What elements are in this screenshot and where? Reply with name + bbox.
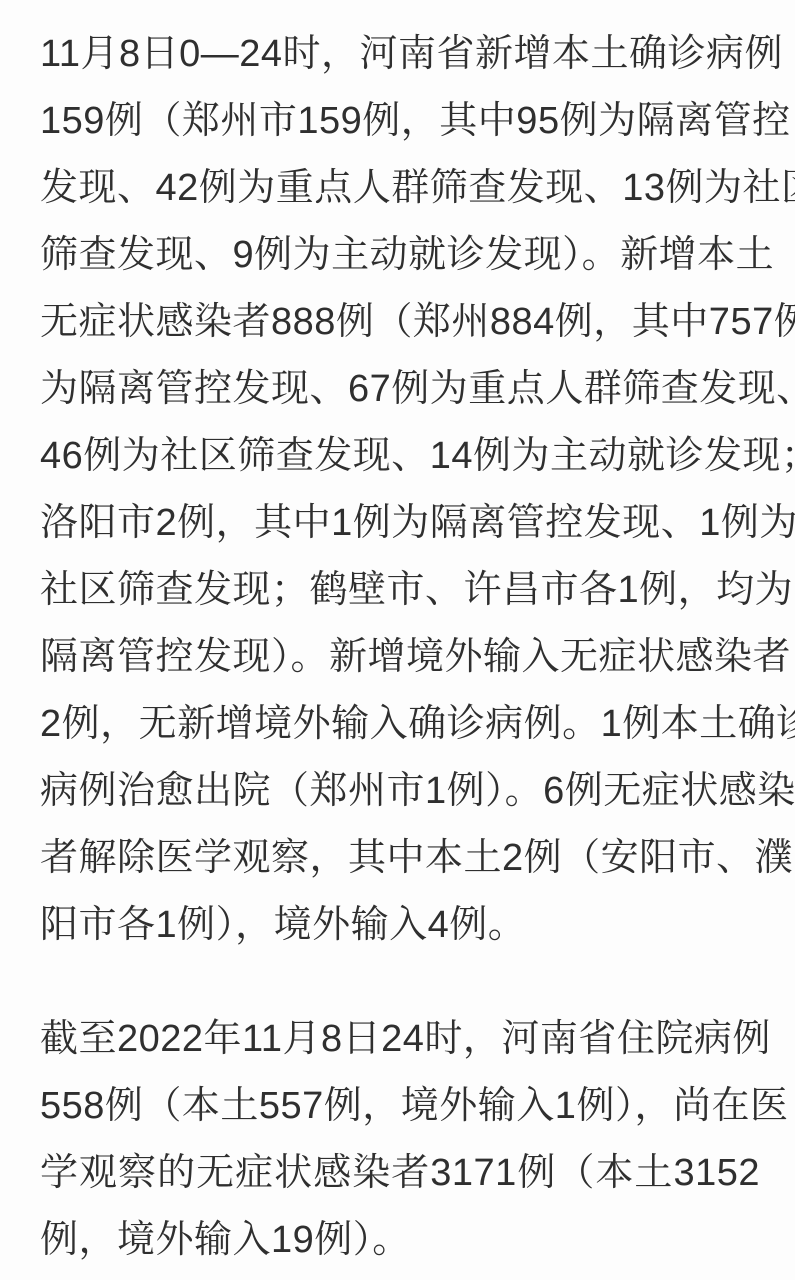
text-line: 筛查发现、9例为主动就诊发现）。新增本土	[40, 222, 760, 289]
text-line: 例，境外输入19例）。	[40, 1207, 760, 1274]
text-line: 学观察的无症状感染者3171例（本土3152	[40, 1140, 760, 1207]
text-line: 社区筛查发现；鹤壁市、许昌市各1例，均为	[40, 557, 760, 624]
text-line: 者解除医学观察，其中本土2例（安阳市、濮	[40, 825, 760, 892]
text-line: 阳市各1例），境外输入4例。	[40, 892, 760, 959]
paragraph: 截至2022年11月8日24时，河南省住院病例558例（本土557例，境外输入1…	[40, 1006, 760, 1274]
article-body: 11月8日0—24时，河南省新增本土确诊病例159例（郑州市159例，其中95例…	[0, 0, 795, 1274]
page: 11月8日0—24时，河南省新增本土确诊病例159例（郑州市159例，其中95例…	[0, 0, 795, 1280]
text-line: 洛阳市2例，其中1例为隔离管控发现、1例为	[40, 490, 760, 557]
text-line: 为隔离管控发现、67例为重点人群筛查发现、	[40, 356, 760, 423]
text-line: 159例（郑州市159例，其中95例为隔离管控	[40, 88, 760, 155]
text-line: 2例，无新增境外输入确诊病例。1例本土确诊	[40, 691, 760, 758]
text-line: 11月8日0—24时，河南省新增本土确诊病例	[40, 21, 760, 88]
text-line: 病例治愈出院（郑州市1例）。6例无症状感染	[40, 758, 760, 825]
text-line: 截至2022年11月8日24时，河南省住院病例	[40, 1006, 760, 1073]
paragraph: 11月8日0—24时，河南省新增本土确诊病例159例（郑州市159例，其中95例…	[40, 21, 760, 959]
text-line: 558例（本土557例，境外输入1例），尚在医	[40, 1073, 760, 1140]
text-line: 46例为社区筛查发现、14例为主动就诊发现；	[40, 423, 760, 490]
text-line: 无症状感染者888例（郑州884例，其中757例	[40, 289, 760, 356]
text-line: 隔离管控发现）。新增境外输入无症状感染者	[40, 624, 760, 691]
text-line: 发现、42例为重点人群筛查发现、13例为社区	[40, 155, 760, 222]
